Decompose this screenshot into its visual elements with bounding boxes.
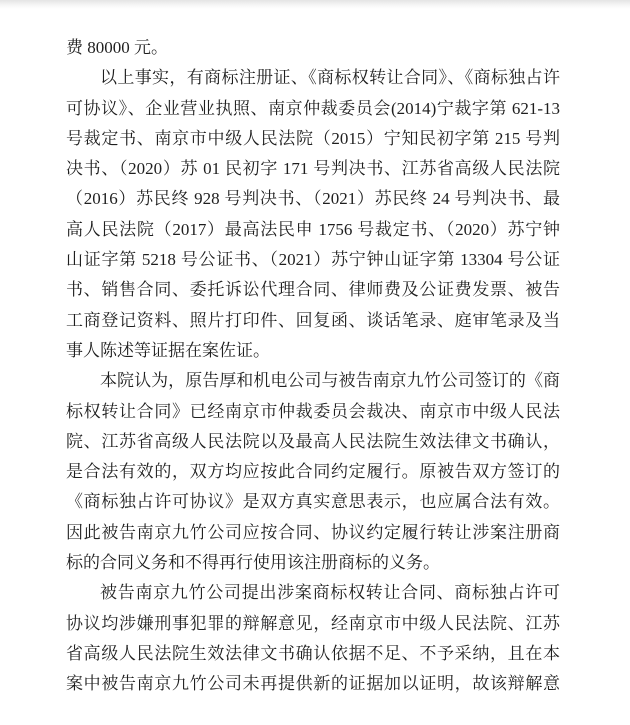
document-line: 《商标独占许可协议》是双方真实意思表示，也应属合法有效。	[66, 487, 560, 517]
document-line: 号裁定书、南京市中级人民法院（2015）宁知民初字第 215 号判	[66, 124, 560, 154]
document-line: 被告南京九竹公司提出涉案商标权转让合同、商标独占许可	[66, 578, 560, 608]
document-line: 书、销售合同、委托诉讼代理合同、律师费及公证费发票、被告	[66, 275, 560, 305]
document-line: 标的合同义务和不得再行使用该注册商标的义务。	[66, 548, 560, 578]
document-line: 院、江苏省高级人民法院以及最高人民法院生效法律文书确认，	[66, 427, 560, 457]
document-line: 省高级人民法院生效法律文书确认依据不足、不予采纳，且在本	[66, 639, 560, 669]
document-line: 以上事实，有商标注册证、《商标权转让合同》、《商标独占许	[66, 63, 560, 93]
document-line: 案中被告南京九竹公司未再提供新的证据加以证明，故该辩解意	[66, 669, 560, 699]
document-line: 费 80000 元。	[66, 33, 560, 63]
document-line: 工商登记资料、照片打印件、回复函、谈话笔录、庭审笔录及当	[66, 306, 560, 336]
document-line: 山证字第 5218 号公证书、（2021）苏宁钟山证字第 13304 号公证	[66, 245, 560, 275]
judgment-text-block: 费 80000 元。 以上事实，有商标注册证、《商标权转让合同》、《商标独占许 …	[66, 33, 560, 700]
document-line: 本院认为，原告厚和机电公司与被告南京九竹公司签订的《商	[66, 366, 560, 396]
page-top-shadow	[0, 0, 630, 9]
document-line: （2016）苏民终 928 号判决书、（2021）苏民终 24 号判决书、最	[66, 184, 560, 214]
document-line: 决书、（2020）苏 01 民初字 171 号判决书、江苏省高级人民法院	[66, 154, 560, 184]
document-line: 因此被告南京九竹公司应按合同、协议约定履行转让涉案注册商	[66, 518, 560, 548]
document-viewer: { "page": { "kind": "scanned-court-judgm…	[0, 0, 630, 725]
document-line: 高人民法院（2017）最高法民申 1756 号裁定书、（2020）苏宁钟	[66, 215, 560, 245]
document-line: 标权转让合同》已经南京市仲裁委员会裁决、南京市中级人民法	[66, 397, 560, 427]
document-line: 是合法有效的，双方均应按此合同约定履行。原被告双方签订的	[66, 457, 560, 487]
document-line: 协议均涉嫌刑事犯罪的辩解意见，经南京市中级人民法院、江苏	[66, 609, 560, 639]
document-line: 可协议》、企业营业执照、南京仲裁委员会(2014)宁裁字第 621-13	[66, 94, 560, 124]
document-line: 事人陈述等证据在案佐证。	[66, 336, 560, 366]
